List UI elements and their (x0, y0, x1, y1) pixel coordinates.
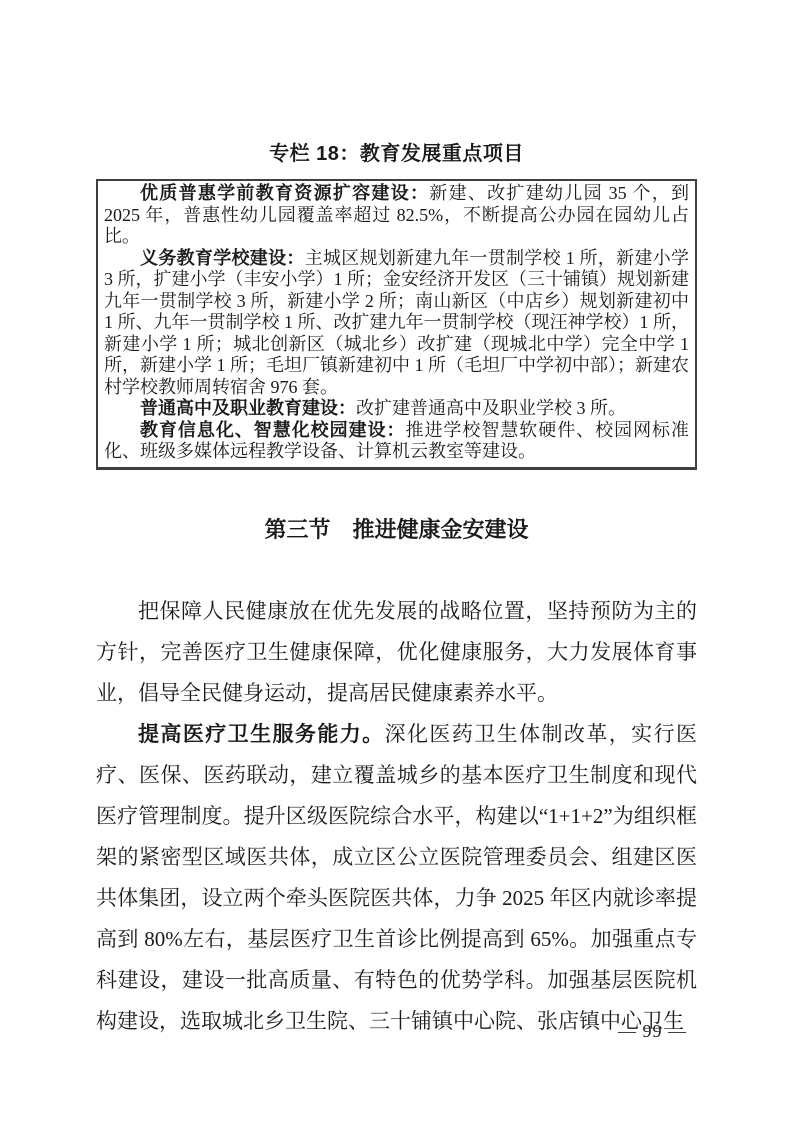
box-item-lead: 普通高中及职业教育建设： (140, 398, 356, 418)
page-number: — 99 — (618, 1020, 687, 1042)
box-item-text: 主城区规划新建九年一贯制学校 1 所，新建小学 3 所，扩建小学（丰安小学）1 … (104, 248, 689, 397)
paragraph-lead: 提高医疗卫生服务能力。 (138, 723, 385, 746)
body-text: 把保障人民健康放在优先发展的战略位置，坚持预防为主的方针，完善医疗卫生健康保障，… (96, 591, 697, 1042)
box-item: 普通高中及职业教育建设：改扩建普通高中及职业学校 3 所。 (104, 398, 689, 420)
box-item: 义务教育学校建设：主城区规划新建九年一贯制学校 1 所，新建小学 3 所，扩建小… (104, 248, 689, 399)
box-item-lead: 教育信息化、智慧化校园建设： (140, 420, 406, 440)
box-item-text: 改扩建普通高中及职业学校 3 所。 (356, 398, 626, 418)
box-item: 教育信息化、智慧化校园建设：推进学校智慧软硬件、校园网标准化、班级多媒体远程教学… (104, 420, 689, 463)
box-item-lead: 优质普惠学前教育资源扩容建设： (140, 183, 429, 203)
project-box: 优质普惠学前教育资源扩容建设：新建、改扩建幼儿园 35 个，到 2025 年，普… (96, 179, 697, 470)
body-paragraph: 把保障人民健康放在优先发展的战略位置，坚持预防为主的方针，完善医疗卫生健康保障，… (96, 591, 697, 714)
paragraph-text: 深化医药卫生体制改革，实行医疗、医保、医药联动，建立覆盖城乡的基本医疗卫生制度和… (96, 722, 697, 1033)
box-item-lead: 义务教育学校建设： (140, 248, 305, 268)
paragraph-text: 把保障人民健康放在优先发展的战略位置，坚持预防为主的方针，完善医疗卫生健康保障，… (96, 599, 697, 705)
box-title: 专栏 18：教育发展重点项目 (96, 141, 697, 168)
body-paragraph: 提高医疗卫生服务能力。深化医药卫生体制改革，实行医疗、医保、医药联动，建立覆盖城… (96, 714, 697, 1042)
section-heading: 第三节 推进健康金安建设 (96, 515, 697, 545)
document-page: 专栏 18：教育发展重点项目 优质普惠学前教育资源扩容建设：新建、改扩建幼儿园 … (0, 0, 793, 1122)
box-item: 优质普惠学前教育资源扩容建设：新建、改扩建幼儿园 35 个，到 2025 年，普… (104, 183, 689, 248)
